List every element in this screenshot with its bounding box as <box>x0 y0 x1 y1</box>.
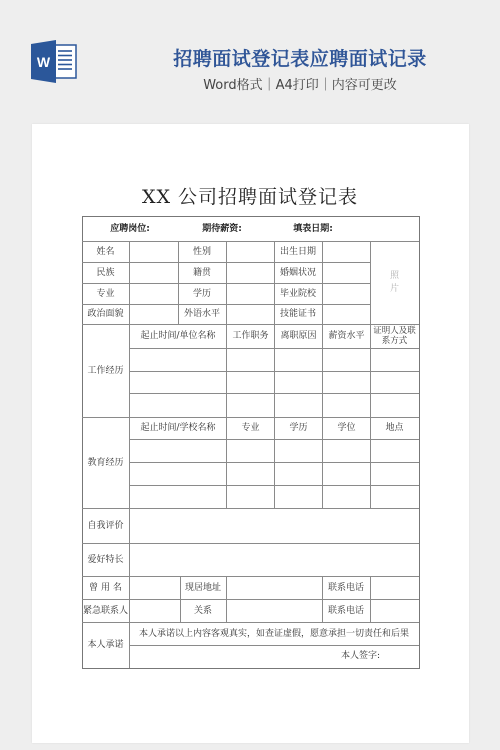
work-row-1[interactable] <box>130 349 418 371</box>
label-ethnicity: 民族 <box>82 262 129 283</box>
former-name-field[interactable] <box>130 577 180 599</box>
work-col-reference: 证明人及联系方式 <box>373 324 416 348</box>
edu-col-location: 地点 <box>371 417 418 439</box>
emergency-phone-field[interactable] <box>371 600 418 622</box>
label-major: 专业 <box>82 283 129 304</box>
address-label: 现居地址 <box>180 576 226 599</box>
emergency-phone-label: 联系电话 <box>322 599 370 622</box>
work-col-salary: 薪资水平 <box>323 324 370 348</box>
field-school[interactable] <box>323 283 370 304</box>
label-birthdate: 出生日期 <box>274 241 322 262</box>
edu-row-1[interactable] <box>130 440 418 462</box>
phone-label: 联系电话 <box>322 576 370 599</box>
relation-label: 关系 <box>180 599 226 622</box>
svg-text:W: W <box>37 54 51 70</box>
label-political-status: 政治面貌 <box>82 304 129 324</box>
document-title: XX 公司招聘面试登记表 <box>0 182 500 209</box>
label-school: 毕业院校 <box>274 283 322 304</box>
label-degree: 学历 <box>178 283 226 304</box>
work-history-label: 工作经历 <box>82 324 129 417</box>
pledge-label: 本人承诺 <box>82 622 129 667</box>
self-evaluation-field[interactable] <box>130 509 418 543</box>
edu-row-2[interactable] <box>130 463 418 485</box>
edu-row-3[interactable] <box>130 486 418 508</box>
field-marital-status[interactable] <box>323 262 370 283</box>
phone-field[interactable] <box>371 577 418 599</box>
position-label: 应聘岗位: <box>100 216 160 241</box>
address-field[interactable] <box>227 577 322 599</box>
field-name[interactable] <box>130 241 178 262</box>
self-evaluation-label: 自我评价 <box>82 508 129 543</box>
date-label: 填表日期: <box>283 216 343 241</box>
field-hometown[interactable] <box>227 262 274 283</box>
edu-col-academic-degree: 学位 <box>323 417 370 439</box>
photo-label: 照 <box>390 270 399 283</box>
label-certificates: 技能证书 <box>274 304 322 324</box>
work-col-position: 工作职务 <box>227 324 274 348</box>
edu-col-period-school: 起止时间/学校名称 <box>130 417 226 439</box>
word-icon: W <box>31 40 77 83</box>
banner-subtitle: Word格式｜A4打印｜内容可更改 <box>140 74 460 93</box>
hobbies-label: 爱好特长 <box>82 543 129 576</box>
label-hometown: 籍贯 <box>178 262 226 283</box>
field-gender[interactable] <box>227 241 274 262</box>
banner-title: 招聘面试登记表应聘面试记录 <box>140 44 460 71</box>
field-certificates[interactable] <box>323 304 370 324</box>
label-language-level: 外语水平 <box>178 304 226 324</box>
work-col-period-company: 起止时间/单位名称 <box>130 324 226 348</box>
field-political-status[interactable] <box>130 304 178 324</box>
salary-label: 期待薪资: <box>192 216 252 241</box>
field-ethnicity[interactable] <box>130 262 178 283</box>
label-gender: 性别 <box>178 241 226 262</box>
edu-col-degree: 学历 <box>275 417 322 439</box>
field-major[interactable] <box>130 283 178 304</box>
label-marital-status: 婚姻状况 <box>274 262 322 283</box>
field-language-level[interactable] <box>227 304 274 324</box>
emergency-contact-field[interactable] <box>130 600 180 622</box>
emergency-contact-label: 紧急联系人 <box>82 599 129 622</box>
hobbies-field[interactable] <box>130 544 418 576</box>
former-name-label: 曾 用 名 <box>82 576 129 599</box>
education-label: 教育经历 <box>82 417 129 508</box>
field-birthdate[interactable] <box>323 241 370 262</box>
relation-field[interactable] <box>227 600 322 622</box>
work-row-3[interactable] <box>130 394 418 417</box>
signature-label: 本人签字: <box>290 645 380 667</box>
photo-label: 片 <box>390 283 399 296</box>
field-degree[interactable] <box>227 283 274 304</box>
label-name: 姓名 <box>82 241 129 262</box>
work-row-2[interactable] <box>130 372 418 393</box>
pledge-statement: 本人承诺以上内容客观真实，如查证虚假，愿意承担一切责任和后果 <box>130 622 418 645</box>
work-col-leave-reason: 离职原因 <box>275 324 322 348</box>
photo-placeholder[interactable]: 照 片 <box>371 241 418 324</box>
edu-col-major: 专业 <box>227 417 274 439</box>
